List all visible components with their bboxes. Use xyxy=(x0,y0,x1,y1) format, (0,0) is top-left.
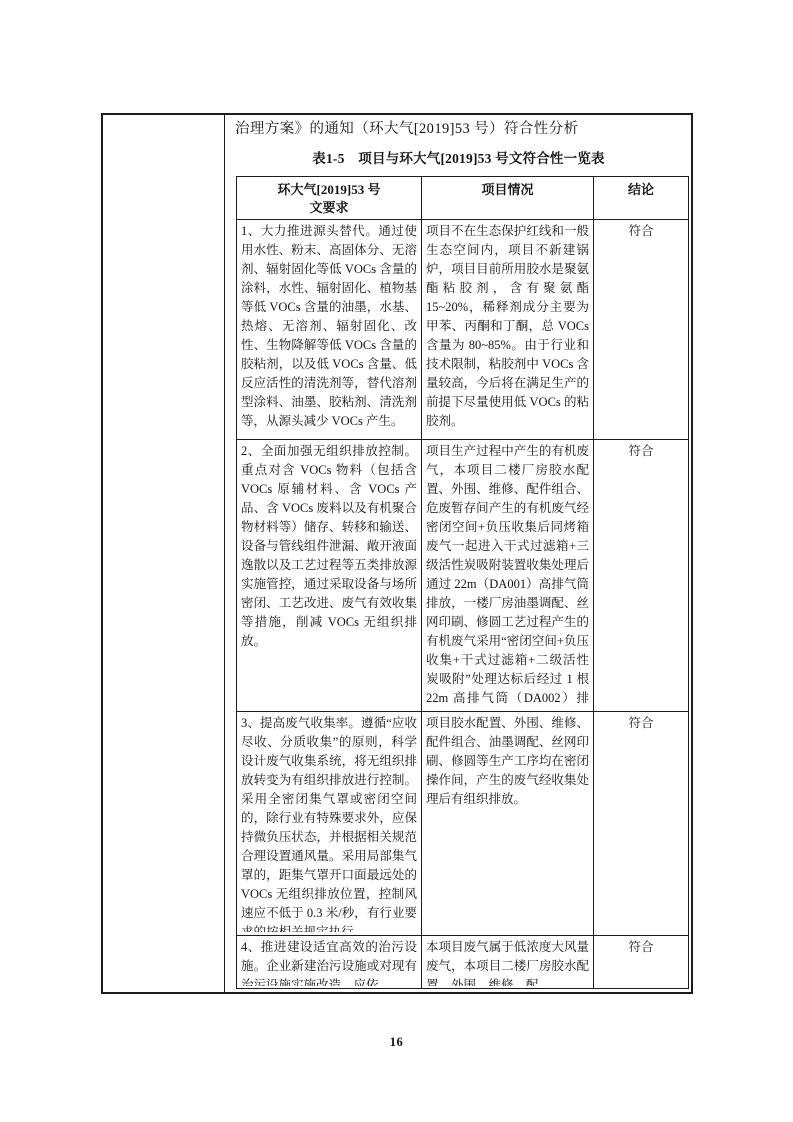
document-outer-cell: 治理方案》的通知（环大气[2019]53 号）符合性分析 表1-5 项目与环大气… xyxy=(101,113,693,994)
requirement-text: 4、推进建设适宜高效的治污设施。企业新建治污设施或对现有治污设施实施改造，应依 xyxy=(241,938,417,986)
conclusion-cell: 符合 xyxy=(594,440,689,712)
header-requirement: 环大气[2019]53 号 文要求 xyxy=(237,177,422,220)
requirement-cell: 2、全面加强无组织排放控制。重点对含 VOCs 物料（包括含 VOCs 原辅材料… xyxy=(237,440,422,712)
requirement-text: 3、提高废气收集率。遵循“应收尽收、分质收集”的原则，科学设计废气收集系统，将无… xyxy=(241,714,417,932)
requirement-cell: 3、提高废气收集率。遵循“应收尽收、分质收集”的原则，科学设计废气收集系统，将无… xyxy=(237,712,422,936)
situation-text: 项目不在生态保护红线和一般生态空间内，项目不新建锅炉，项目目前所用胶水是聚氨酯粘… xyxy=(426,222,589,431)
requirement-text: 2、全面加强无组织排放控制。重点对含 VOCs 物料（包括含 VOCs 原辅材料… xyxy=(241,442,417,651)
page-number: 16 xyxy=(0,1035,793,1050)
table-header-row: 环大气[2019]53 号 文要求 项目情况 结论 xyxy=(237,177,689,220)
header-situation: 项目情况 xyxy=(422,177,594,220)
situation-text: 项目胶水配置、外围、维修、配件组合、油墨调配、丝网印刷、修圆等生产工序均在密闭操… xyxy=(426,714,589,809)
conclusion-cell: 符合 xyxy=(594,936,689,989)
situation-cell: 项目生产过程中产生的有机废气，本项目二楼厂房胶水配置、外围、维修、配件组合、危废… xyxy=(422,440,594,712)
situation-text: 本项目废气属于低浓度大风量废气，本项目二楼厂房胶水配置、外围、维修、配 xyxy=(426,938,589,986)
table-row: 3、提高废气收集率。遵循“应收尽收、分质收集”的原则，科学设计废气收集系统，将无… xyxy=(237,712,689,936)
conclusion-cell: 符合 xyxy=(594,712,689,936)
left-empty-cell xyxy=(103,115,225,992)
header-conclusion: 结论 xyxy=(594,177,689,220)
table-row: 2、全面加强无组织排放控制。重点对含 VOCs 物料（包括含 VOCs 原辅材料… xyxy=(237,440,689,712)
content-cell: 治理方案》的通知（环大气[2019]53 号）符合性分析 表1-5 项目与环大气… xyxy=(225,115,691,992)
conclusion-cell: 符合 xyxy=(594,220,689,440)
situation-text: 项目生产过程中产生的有机废气，本项目二楼厂房胶水配置、外围、维修、配件组合、危废… xyxy=(426,442,589,708)
situation-cell: 项目不在生态保护红线和一般生态空间内，项目不新建锅炉，项目目前所用胶水是聚氨酯粘… xyxy=(422,220,594,440)
situation-cell: 项目胶水配置、外围、维修、配件组合、油墨调配、丝网印刷、修圆等生产工序均在密闭操… xyxy=(422,712,594,936)
table-row: 1、大力推进源头替代。通过使用水性、粉末、高固体分、无溶剂、辐射固化等低 VOC… xyxy=(237,220,689,440)
requirement-text: 1、大力推进源头替代。通过使用水性、粉末、高固体分、无溶剂、辐射固化等低 VOC… xyxy=(241,222,417,431)
requirement-cell: 1、大力推进源头替代。通过使用水性、粉末、高固体分、无溶剂、辐射固化等低 VOC… xyxy=(237,220,422,440)
section-heading: 治理方案》的通知（环大气[2019]53 号）符合性分析 xyxy=(235,118,685,140)
table-title: 表1-5 项目与环大气[2019]53 号文符合性一览表 xyxy=(236,150,681,167)
table-row: 4、推进建设适宜高效的治污设施。企业新建治污设施或对现有治污设施实施改造，应依 … xyxy=(237,936,689,989)
requirement-cell: 4、推进建设适宜高效的治污设施。企业新建治污设施或对现有治污设施实施改造，应依 xyxy=(237,936,422,989)
compliance-table: 环大气[2019]53 号 文要求 项目情况 结论 1、大力推进源头替代。通过使… xyxy=(236,176,689,989)
situation-cell: 本项目废气属于低浓度大风量废气，本项目二楼厂房胶水配置、外围、维修、配 xyxy=(422,936,594,989)
